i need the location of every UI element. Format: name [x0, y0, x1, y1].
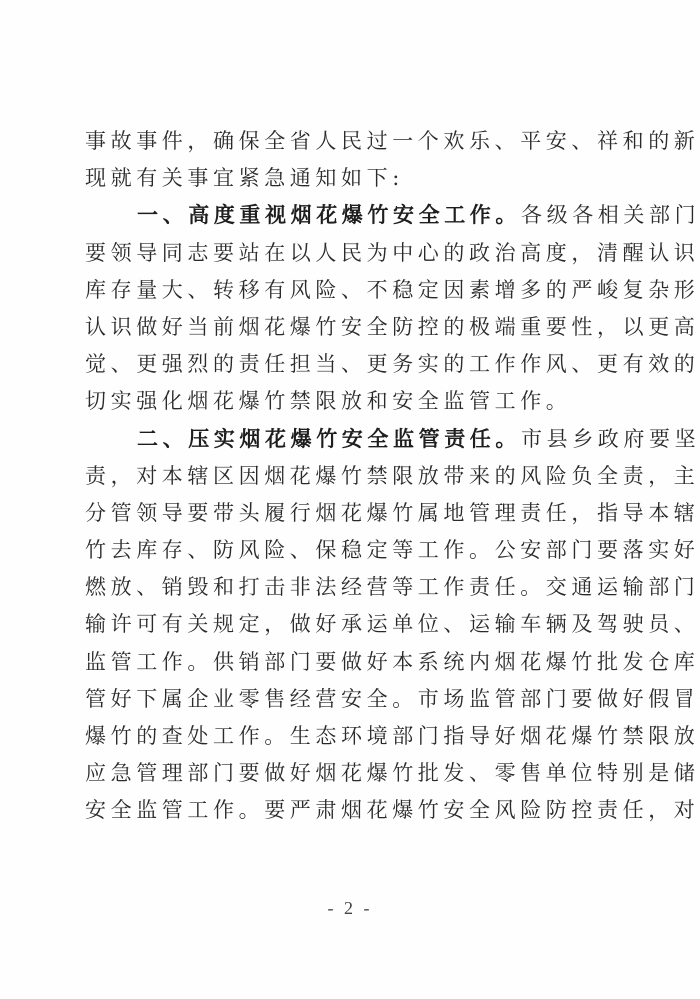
text-line: 认识做好当前烟花爆竹安全防控的极端重要性，以更高的政治自 — [85, 309, 633, 346]
text-line: 管好下属企业零售经营安全。市场监管部门要做好假冒伪劣烟花 — [85, 681, 633, 718]
text-line: 输许可有关规定，做好承运单位、运输车辆及驾驶员、押运员的 — [85, 606, 633, 643]
body-text: 事故事件，确保全省人民过一个欢乐、平安、祥和的新春佳节， 现就有关事宜紧急通知如… — [85, 123, 633, 830]
text-line: 要领导同志要站在以人民为中心的政治高度，清醒认识烟花爆竹 — [85, 235, 633, 272]
text-line: 竹去库存、防风险、保稳定等工作。公安部门要落实好道路运输、 — [85, 532, 633, 569]
section-one-line: 一、高度重视烟花爆竹安全工作。各级各相关部门特别是主 — [85, 197, 633, 234]
section-text: 各级各相关部门特别是主 — [521, 203, 700, 227]
text-line: 应急管理部门要做好烟花爆竹批发、零售单位特别是储存仓库的 — [85, 755, 633, 792]
section-heading: 二、压实烟花爆竹安全监管责任。 — [137, 427, 521, 451]
section-text: 市县乡政府要坚持属地负 — [521, 427, 700, 451]
text-line: 燃放、销毁和打击非法经营等工作责任。交通运输部门要按照运 — [85, 569, 633, 606]
page-number: - 2 - — [0, 898, 700, 919]
text-line: 库存量大、转移有风险、不稳定因素增多的严峻复杂形势，充分 — [85, 272, 633, 309]
section-heading: 一、高度重视烟花爆竹安全工作。 — [137, 203, 521, 227]
document-page: 事故事件，确保全省人民过一个欢乐、平安、祥和的新春佳节， 现就有关事宜紧急通知如… — [0, 0, 700, 999]
text-line: 监管工作。供销部门要做好本系统内烟花爆竹批发仓库存放安全， — [85, 644, 633, 681]
text-line: 觉、更强烈的责任担当、更务实的工作作风、更有效的工作措施， — [85, 346, 633, 383]
text-line: 爆竹的查处工作。生态环境部门指导好烟花爆竹禁限放相关工作。 — [85, 718, 633, 755]
text-line: 安全监管工作。要严肃烟花爆竹安全风险防控责任，对不认真履 — [85, 792, 633, 829]
section-two-line: 二、压实烟花爆竹安全监管责任。市县乡政府要坚持属地负 — [85, 421, 633, 458]
text-line: 切实强化烟花爆竹禁限放和安全监管工作。 — [85, 383, 633, 420]
text-line: 现就有关事宜紧急通知如下: — [85, 160, 633, 197]
text-line: 责，对本辖区因烟花爆竹禁限放带来的风险负全责，主要领导、 — [85, 458, 633, 495]
text-line: 分管领导要带头履行烟花爆竹属地管理责任，指导本辖区烟花爆 — [85, 495, 633, 532]
text-line: 事故事件，确保全省人民过一个欢乐、平安、祥和的新春佳节， — [85, 123, 633, 160]
